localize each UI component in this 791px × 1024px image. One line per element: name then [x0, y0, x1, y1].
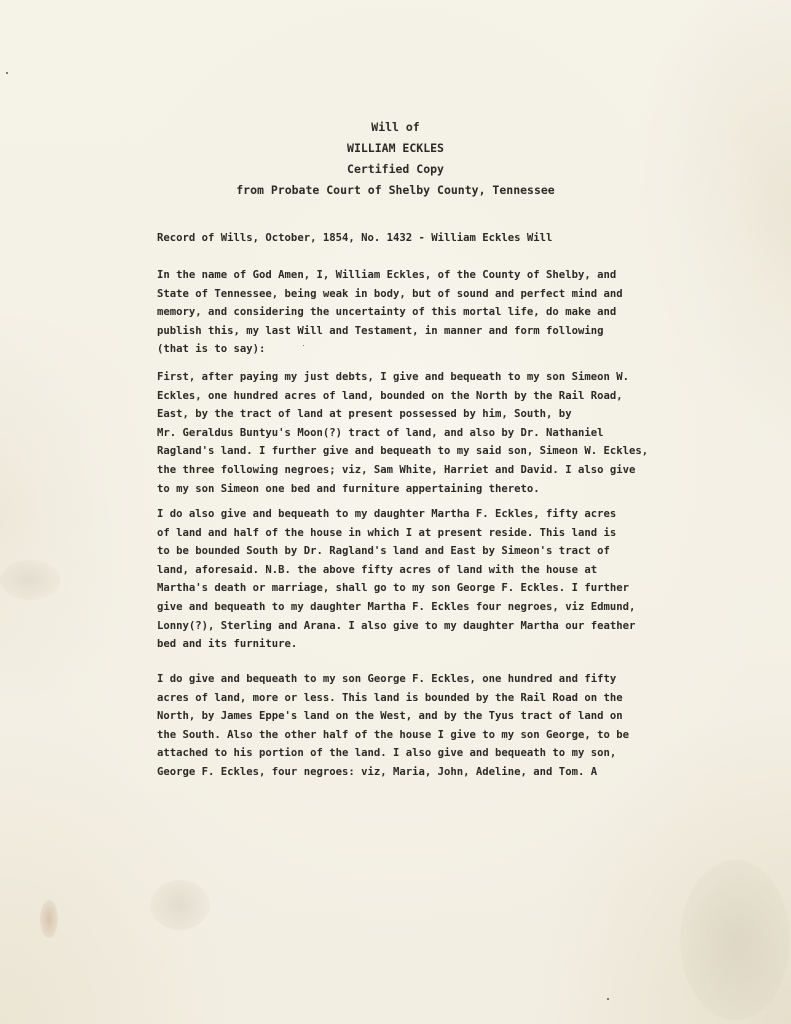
text-line: Mr. Geraldus Buntyu's Moon(?) tract of l… — [157, 424, 648, 443]
text-line: Lonny(?), Sterling and Arana. I also giv… — [157, 617, 635, 636]
text-line: publish this, my last Will and Testament… — [157, 322, 623, 341]
text-line: I do give and bequeath to my son George … — [157, 670, 629, 689]
paragraph-george: I do give and bequeath to my son George … — [157, 670, 629, 782]
text-line: acres of land, more or less. This land i… — [157, 689, 629, 708]
paper-page: Will of WILLIAM ECKLES Certified Copy fr… — [0, 0, 791, 1024]
text-line: North, by James Eppe's land on the West,… — [157, 707, 629, 726]
text-line: the South. Also the other half of the ho… — [157, 726, 629, 745]
text-line: bed and its furniture. — [157, 635, 635, 654]
text-line: the three following negroes; viz, Sam Wh… — [157, 461, 648, 480]
document-header: Will of WILLIAM ECKLES Certified Copy fr… — [0, 117, 791, 201]
paper-speck — [6, 72, 8, 74]
header-court: from Probate Court of Shelby County, Ten… — [0, 180, 791, 201]
text-line: East, by the tract of land at present po… — [157, 405, 648, 424]
text-line: First, after paying my just debts, I giv… — [157, 368, 648, 387]
text-line: Ragland's land. I further give and beque… — [157, 442, 648, 461]
text-line: attached to his portion of the land. I a… — [157, 744, 629, 763]
text-line: Martha's death or marriage, shall go to … — [157, 579, 635, 598]
text-line: (that is to say): — [157, 340, 623, 359]
text-line: memory, and considering the uncertainty … — [157, 303, 623, 322]
paper-stain — [40, 900, 58, 938]
record-line: Record of Wills, October, 1854, No. 1432… — [157, 232, 552, 244]
paper-stain — [680, 860, 790, 1020]
paper-speck — [607, 998, 609, 1000]
text-line: George F. Eckles, four negroes: viz, Mar… — [157, 763, 629, 782]
text-line: to my son Simeon one bed and furniture a… — [157, 480, 648, 499]
text-line: State of Tennessee, being weak in body, … — [157, 285, 623, 304]
header-certified: Certified Copy — [0, 159, 791, 180]
paragraph-martha: I do also give and bequeath to my daught… — [157, 505, 635, 654]
header-name: WILLIAM ECKLES — [0, 138, 791, 159]
paragraph-preamble: In the name of God Amen, I, William Eckl… — [157, 266, 623, 359]
text-line: to be bounded South by Dr. Ragland's lan… — [157, 542, 635, 561]
header-title: Will of — [0, 117, 791, 138]
text-line: Eckles, one hundred acres of land, bound… — [157, 387, 648, 406]
text-line: give and bequeath to my daughter Martha … — [157, 598, 635, 617]
text-line: In the name of God Amen, I, William Eckl… — [157, 266, 623, 285]
paper-stain — [0, 560, 60, 600]
text-line: I do also give and bequeath to my daught… — [157, 505, 635, 524]
paper-stain — [150, 880, 210, 930]
paragraph-simeon: First, after paying my just debts, I giv… — [157, 368, 648, 498]
text-line: of land and half of the house in which I… — [157, 524, 635, 543]
text-line: land, aforesaid. N.B. the above fifty ac… — [157, 561, 635, 580]
